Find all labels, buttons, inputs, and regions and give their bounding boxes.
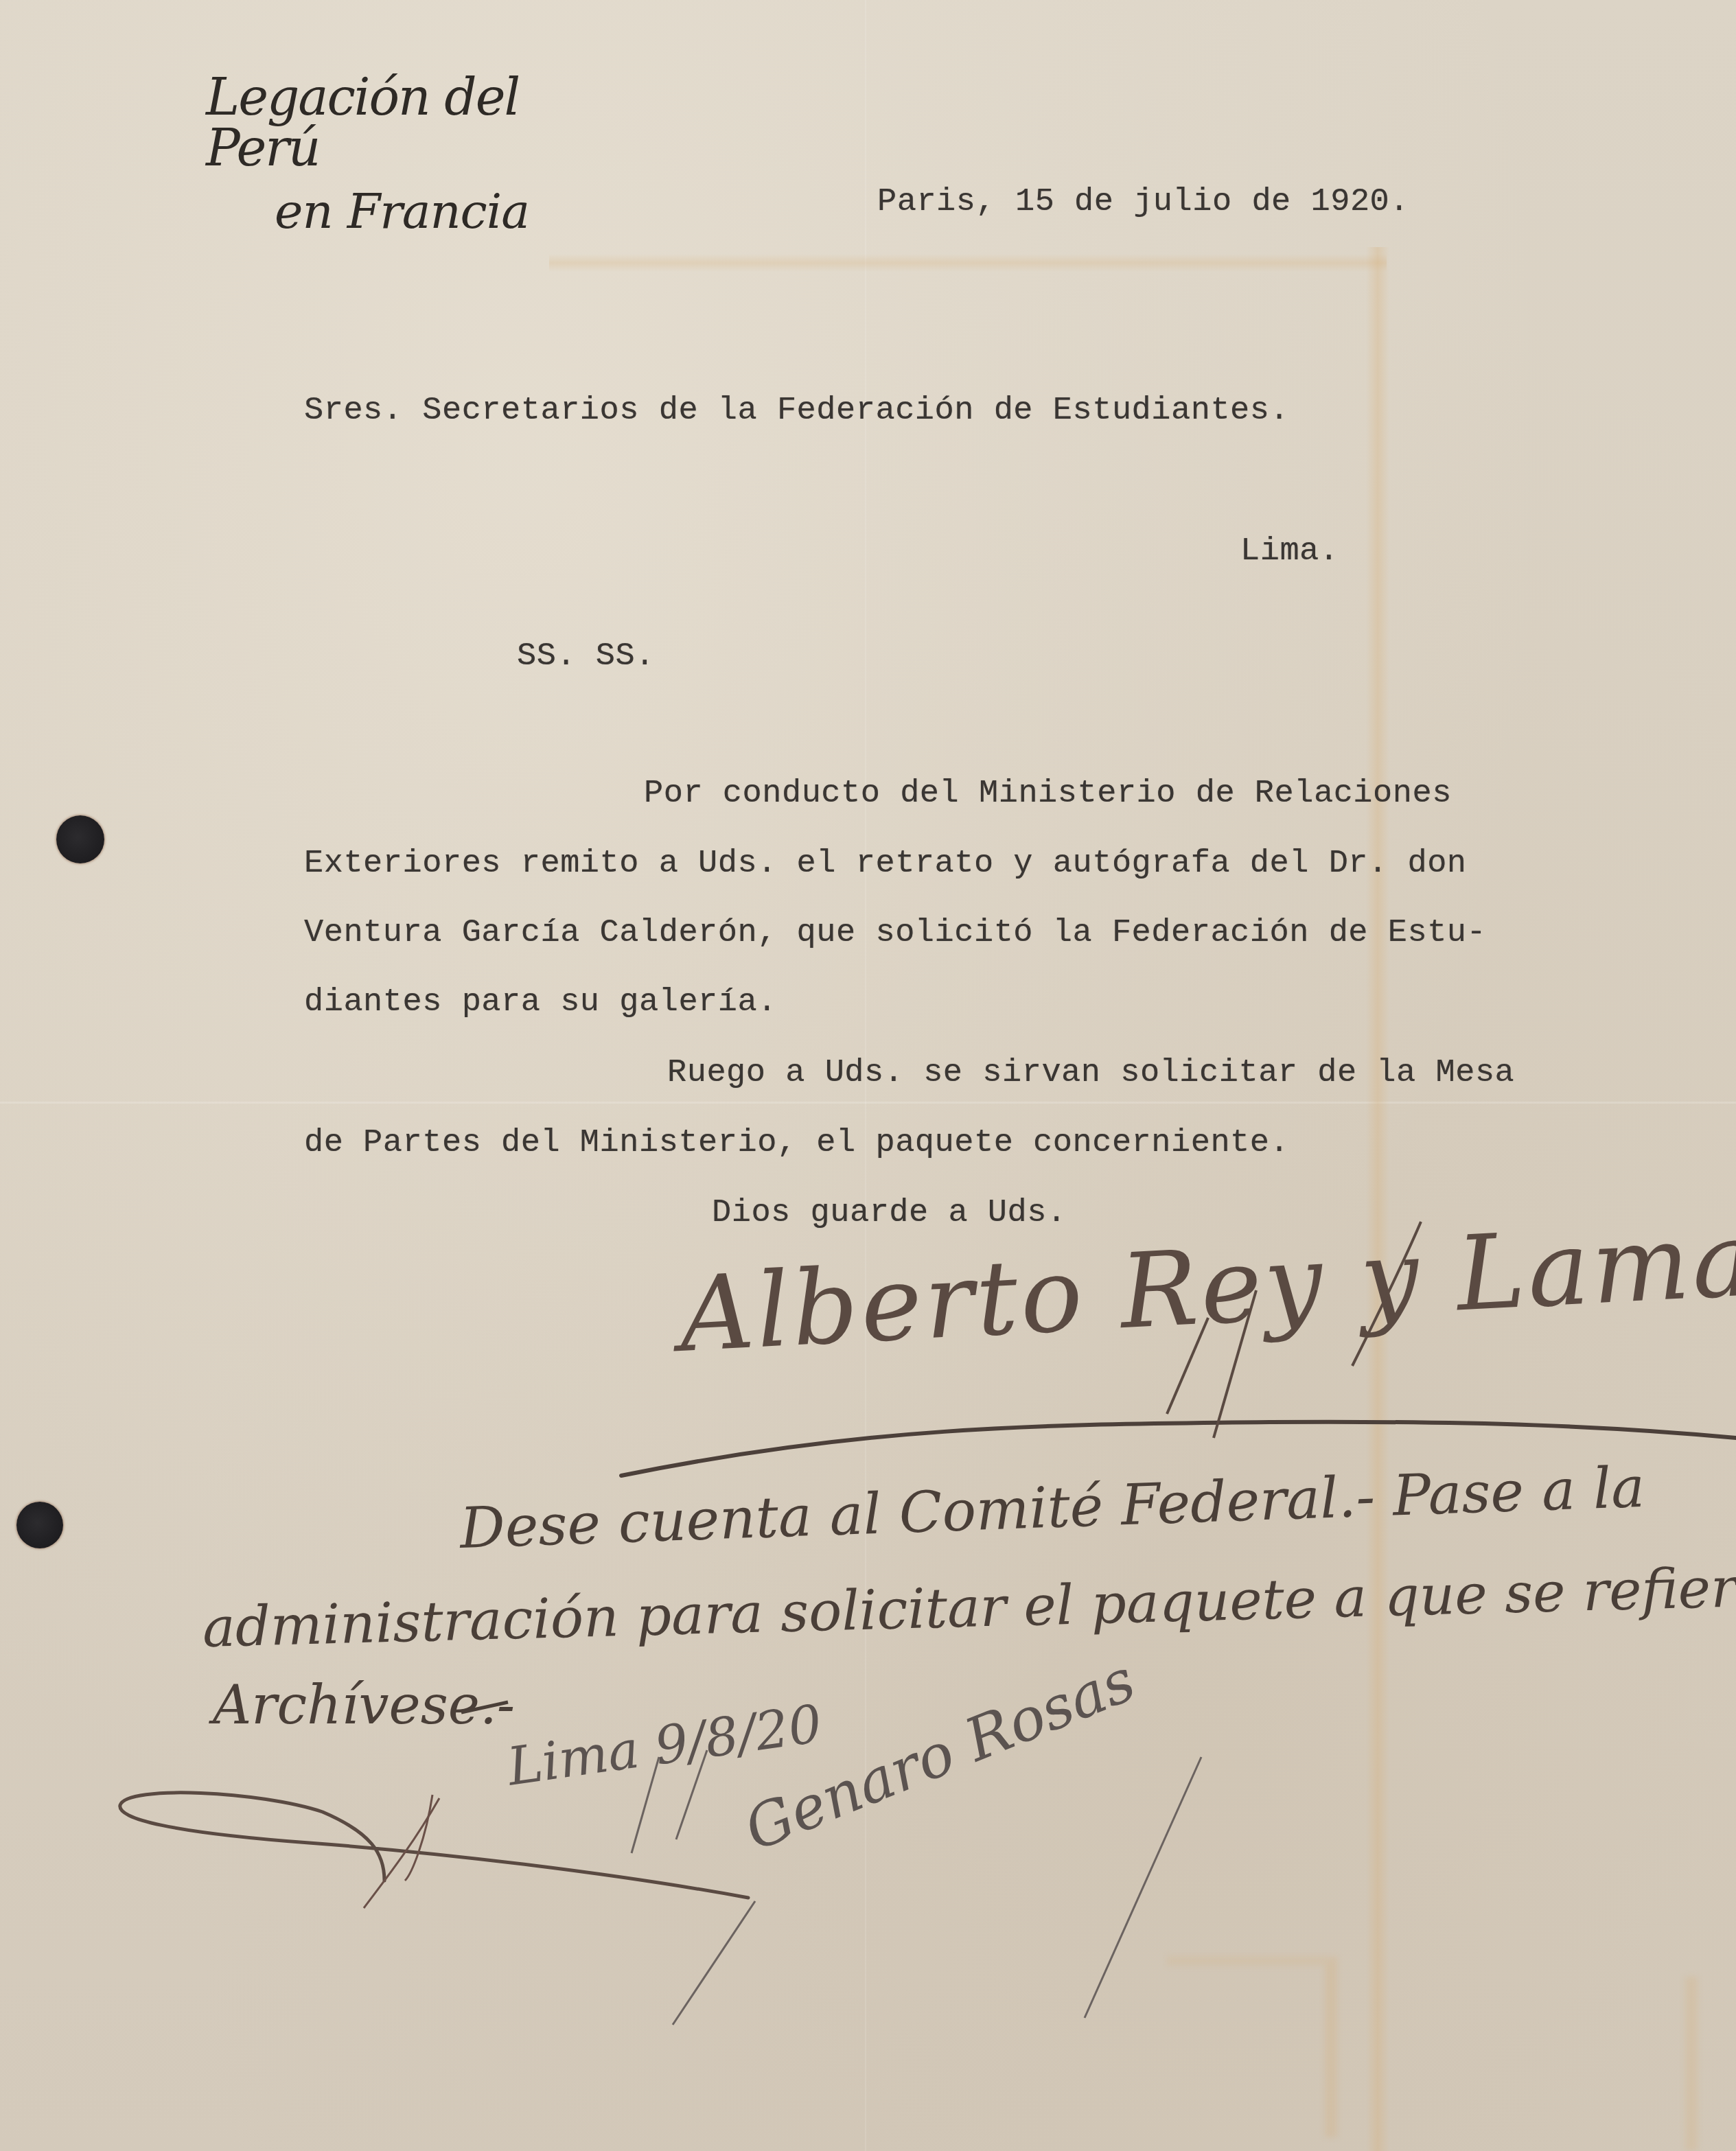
handwritten-note-line: administración para solicitar el paquete…	[202, 1554, 1736, 1660]
punch-hole-icon	[16, 1502, 63, 1548]
rubric-loop-stroke	[120, 1793, 748, 1898]
handwritten-note-date: Lima 9/8/20	[504, 1693, 826, 1797]
water-stain-bottom	[1167, 1956, 1337, 2137]
body-line: Ventura García Calderón, que solicitó la…	[304, 915, 1486, 951]
punch-hole-icon	[56, 815, 104, 863]
rubric-stroke	[364, 1798, 439, 1908]
handwritten-note-line: Dese cuenta al Comité Federal.- Pase a l…	[459, 1455, 1645, 1561]
body-line: diantes para su galería.	[304, 984, 777, 1021]
addressee: Sres. Secretarios de la Federación de Es…	[304, 393, 1289, 429]
body-line: Ruego a Uds. se sirvan solicitar de la M…	[667, 1055, 1514, 1091]
handwritten-note-line: Archívese.-	[213, 1675, 515, 1736]
letterhead-line-1: Legación del Perú	[206, 72, 645, 174]
signature-tail-stroke	[673, 1901, 755, 2025]
body-line: de Partes del Ministerio, el paquete con…	[304, 1125, 1289, 1161]
water-stain-horizontal	[549, 254, 1387, 272]
recipient-city: Lima.	[1240, 533, 1339, 570]
salutation: SS. SS.	[517, 638, 655, 675]
body-line: Exteriores remito a Uds. el retrato y au…	[304, 846, 1467, 882]
body-line: Por conducto del Ministerio de Relacione…	[644, 776, 1452, 812]
letterhead: Legación del Perú en Francia	[206, 72, 645, 235]
date-line: Paris, 15 de julio de 1920.	[877, 184, 1409, 220]
rubric-stroke	[405, 1795, 432, 1881]
water-stain-edge	[1685, 1977, 1698, 2151]
letter-page: Legación del Perú en Francia Paris, 15 d…	[0, 0, 1736, 2151]
paper-fold-horizontal	[0, 1102, 1736, 1104]
water-stain-vertical	[1366, 247, 1389, 2151]
closing-line: Dios guarde a Uds.	[712, 1195, 1067, 1231]
letterhead-line-2: en Francia	[275, 187, 645, 235]
